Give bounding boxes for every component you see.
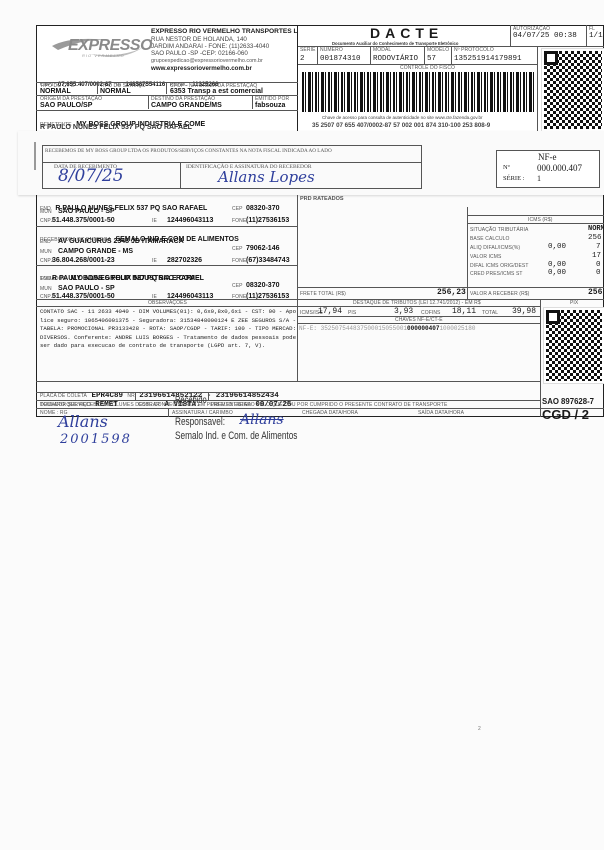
end-label: END — [40, 239, 51, 245]
serie-label: SÉRIE — [300, 47, 316, 53]
recipient-ie: 282702326 — [167, 257, 202, 264]
stamp-recebido: Recebido — [175, 395, 207, 406]
cfop: 6353 Transp a est comercial — [170, 88, 263, 95]
valor-icms: 17 — [592, 252, 601, 260]
saida-label: SAÍDA DATA/HORA — [418, 410, 464, 416]
mun-label: MUN — [40, 286, 52, 292]
carrier-email[interactable]: grupoexpedicao@expressoriovermelho.com.b… — [151, 58, 263, 64]
sender-fone: (11)27536153 — [246, 217, 289, 224]
destino: CAMPO GRANDE/MS — [151, 102, 222, 109]
logo-subtext: RIO VERMELHO — [82, 53, 125, 58]
tomador-end: R PAULO NUNES FELIX 537 PQ SAO RAFAEL — [52, 275, 204, 282]
modal-label: MODAL — [373, 47, 391, 53]
tipo-cte: NORMAL — [40, 88, 71, 95]
carrier-website[interactable]: www.expressoriovermelho.com.br — [151, 65, 252, 72]
recipient-fone: (67)33484743 — [246, 257, 290, 264]
chave-part-b: 000000407 — [407, 325, 439, 332]
fone-label: FONE — [232, 258, 246, 264]
valor-receber: 256 — [588, 288, 602, 297]
frete-total-label: FRETE TOTAL (R$) — [300, 291, 346, 297]
difal-label: DIFAL ICMS ORIG/DEST — [470, 263, 529, 269]
autorizacao: 04/07/25 00:38 — [513, 32, 577, 40]
chave-part-a: 352507544837500015055001 — [321, 325, 407, 332]
protocolo-label: Nº PROTOCOLO — [454, 47, 494, 53]
carrier-address2: JARDIM ANDARAI - FONE: (11)2633-4040 — [151, 43, 269, 50]
observacoes-text: CONTATO SAC - 11 2633 4040 - DIM VOLUMES… — [40, 308, 296, 351]
nfe-serie: 1 — [537, 174, 541, 183]
icmsiss: 17,94 — [318, 307, 342, 316]
tomador-cep: 08320-370 — [246, 282, 279, 289]
aliq-icms: 7 — [596, 243, 601, 251]
icms-st: 0 — [596, 269, 601, 277]
origem: SAO PAULO/SP — [40, 102, 92, 109]
recipient-mun: CAMPO GRANDE - MS — [58, 248, 133, 255]
recipient-end: AV GUAICURUS 2348 JD ITAMARACA — [58, 238, 184, 245]
numero: 001874310 — [320, 55, 361, 63]
difal-dest: 0 — [596, 261, 601, 269]
nfe-serie-label: SÉRIE : — [503, 175, 525, 182]
products-header: PRD RATEADOS — [300, 196, 344, 202]
cred-pres: 0,00 — [548, 269, 566, 277]
pix-title: PIX — [570, 300, 578, 306]
situacao-label: SITUAÇÃO TRIBUTÁRIA — [470, 227, 528, 233]
tipo-servico: NORMAL — [100, 88, 131, 95]
handwritten-name: Allans — [58, 412, 108, 431]
mun-label: MUN — [40, 249, 52, 255]
stamp-responsavel: Responsavel: — [175, 416, 225, 428]
situacao: NORM — [588, 225, 604, 233]
recipient-cep: 79062-146 — [246, 245, 279, 252]
pix-qr-code-icon — [544, 308, 604, 383]
handwritten-rg: 2001598 — [60, 432, 132, 447]
chegada-label: CHEGADA DATA/HORA — [302, 410, 358, 416]
valor-icms-label: VALOR ICMS — [470, 254, 501, 260]
cred-pres-label: CRED PRES/ICMS ST — [470, 271, 523, 277]
data-recebimento-handwritten: 8/07/25 — [58, 166, 124, 186]
stamp-company: Semalo Ind. e Com. de Alimentos — [175, 430, 297, 442]
chave-prefix: NF-E: — [299, 325, 321, 332]
nfe-numero: 000.000.407 — [537, 163, 582, 173]
dacte-title: DACTE — [370, 25, 443, 41]
chave-acesso[interactable]: 35 2507 07 655 407/0002-87 57 002 001 87… — [312, 122, 490, 129]
modal: RODOVIÁRIO — [373, 55, 418, 63]
cep-label: CEP — [232, 206, 243, 212]
sender-mun: SAO PAULO - SP — [58, 208, 115, 215]
handwritten-signature: Allans — [240, 412, 284, 428]
difal-orig: 0,00 — [548, 261, 566, 269]
chave-nfe[interactable]: NF-E: 3525075448375000150550010000004071… — [299, 325, 475, 332]
recipient-cnpj: 36.804.268/0001-23 — [52, 257, 115, 264]
protocolo: 135251914179891 — [454, 55, 522, 63]
pis: 3,93 — [394, 307, 413, 316]
sender-cep: 08320-370 — [246, 205, 279, 212]
carrier-address3: SAO PAULO -SP -CEP: 02166-060 — [151, 50, 248, 57]
chave-part-c: 1000025180 — [439, 325, 475, 332]
numero-label: NUMERO — [320, 47, 343, 53]
route-code: SAO 897628-7 — [542, 397, 594, 406]
frete-total: 256,23 — [437, 288, 466, 297]
controle-fisco-label: CONTROLE DO FISCO — [400, 65, 455, 71]
serie: 2 — [300, 55, 305, 63]
modelo: 57 — [427, 55, 436, 63]
base-calculo: 256 — [588, 234, 602, 242]
cep-label: CEP — [232, 246, 243, 252]
fone-label: FONE — [232, 218, 246, 224]
emitido-por: fabsouza — [255, 102, 285, 109]
sender-cnpj: 51.448.375/0001-50 — [52, 217, 115, 224]
route-dest: CGD / 2 — [542, 407, 589, 422]
total-tributos: 39,98 — [512, 307, 536, 316]
aliq-difal: 0,00 — [548, 243, 566, 251]
chave-note: Chave de acesso para consulta de autenti… — [322, 115, 483, 120]
cep-label: CEP — [232, 283, 243, 289]
carrier-address1: RUA NESTOR DE HOLANDA, 140 — [151, 36, 247, 43]
base-calculo-label: BASE CALCULO — [470, 236, 510, 242]
modelo-label: MODELO — [427, 47, 449, 53]
nfe-no-label: Nº — [503, 164, 510, 171]
carrier-name: EXPRESSO RIO VERMELHO TRANSPORTES L — [151, 28, 298, 35]
carrier-logo: EXPRESSO RIO VERMELHO — [50, 32, 145, 62]
nr-label: NR — [127, 393, 134, 399]
fl: 1/1 — [589, 32, 603, 40]
qr-code-icon — [542, 49, 604, 131]
remetente-end-partial: R PAULO NUNES FELIX 537 PQ SAO RAFAEL — [40, 124, 192, 131]
ie-label: IE — [152, 258, 157, 264]
receipt-declaration: RECEBEMOS DE MY BOSS GROUP LTDA OS PRODU… — [45, 148, 332, 154]
barcode — [302, 72, 534, 112]
cofins: 18,11 — [452, 307, 476, 316]
mun-label: MUN — [40, 209, 52, 215]
aliq-label: ALIQ DIFAL/ICMS(%) — [470, 245, 520, 251]
nfe-title: NF-e — [538, 152, 557, 162]
end-label: END — [40, 276, 51, 282]
valor-receber-label: VALOR A RECEBER (R$) — [470, 291, 529, 297]
ident-recebedor-signature: Allans Lopes — [218, 168, 315, 186]
page-marker: 2 — [478, 726, 481, 732]
tomador-mun: SAO PAULO - SP — [58, 285, 115, 292]
sender-ie: 124496043113 — [167, 217, 213, 224]
ie-label: IE — [152, 218, 157, 224]
